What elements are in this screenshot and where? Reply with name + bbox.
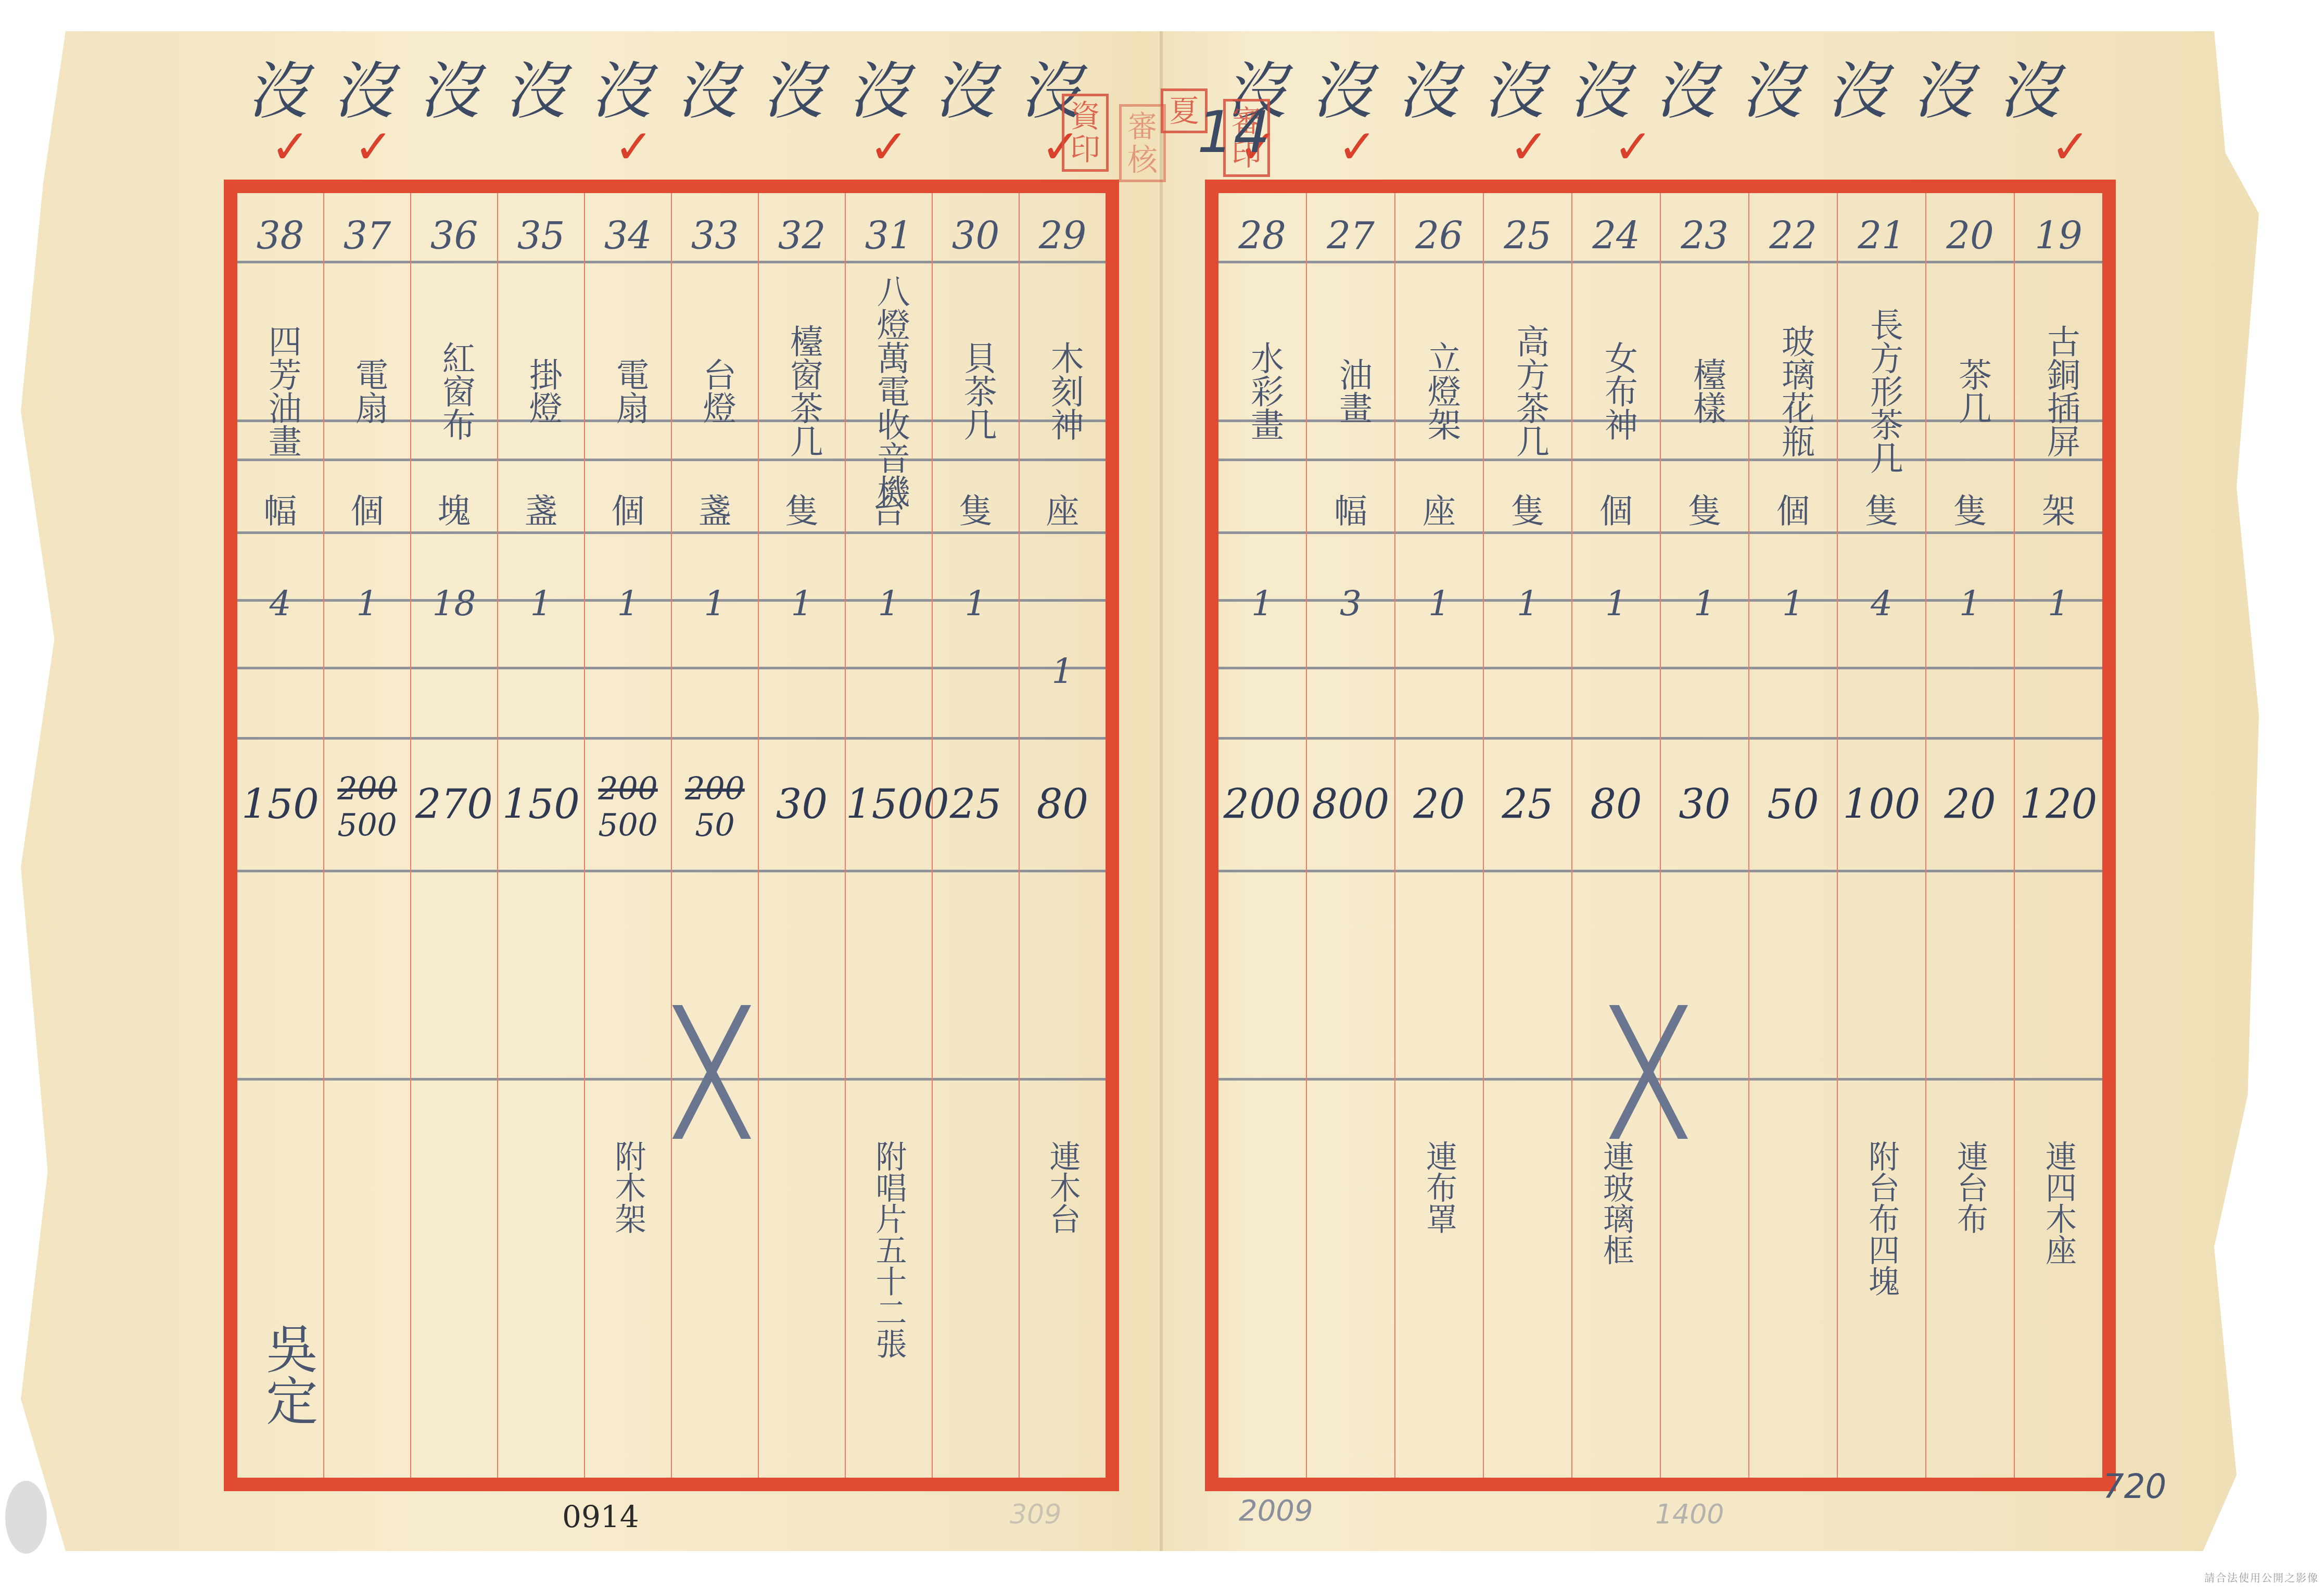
item-quantity: 1 — [933, 583, 1019, 624]
item-unit: 座 — [1395, 485, 1483, 532]
item-price: 20 — [1395, 781, 1483, 828]
item-quantity: 4 — [1838, 583, 1925, 624]
item-quantity: 4 — [237, 583, 323, 624]
item-number: 37 — [324, 214, 410, 258]
item-quantity: 1 — [672, 583, 758, 624]
item-name: 茶几 — [1948, 271, 1992, 511]
check-mark-icon: ✓ — [354, 120, 393, 174]
item-quantity: 1 — [1749, 583, 1837, 624]
item-price: 800 — [1307, 781, 1394, 828]
annotation: 沒 — [1728, 42, 1814, 131]
item-number: 34 — [585, 214, 671, 258]
item-name: 掛燈 — [519, 271, 563, 511]
ledger-column: 24 女布神 個 1 80 連玻璃框 — [1572, 193, 1661, 1478]
cross-mark-icon: ╳ — [1614, 1005, 1683, 1138]
item-remark: 附唱片五十二張 — [869, 1140, 909, 1359]
item-price: 50 — [1749, 781, 1837, 828]
item-name: 長方形茶几 — [1860, 271, 1903, 511]
item-remark: 連台布 — [1950, 1140, 1990, 1234]
item-quantity: 1 — [585, 583, 671, 624]
item-number: 23 — [1661, 214, 1748, 258]
item-unit: 架 — [2015, 485, 2102, 532]
check-mark-icon: ✓ — [1614, 120, 1653, 174]
ledger-column: 30 貝茶几 隻 1 25 — [933, 193, 1020, 1478]
annotation: 沒 — [492, 42, 578, 131]
annotation: 沒 — [234, 42, 320, 131]
ledger-column: 36 紅窗布 塊 18 270 — [411, 193, 498, 1478]
item-unit: 盞 — [498, 485, 584, 532]
item-name: 電扇 — [346, 271, 389, 511]
item-name: 玻璃花瓶 — [1771, 271, 1815, 511]
ledger-column: 35 掛燈 盞 1 150 — [498, 193, 585, 1478]
annotation: 沒 — [578, 42, 664, 131]
item-unit: 幅 — [237, 485, 323, 532]
item-price: 200 500 — [324, 771, 410, 844]
item-name: 檯樣 — [1683, 271, 1726, 511]
annotation: 沒 — [1385, 42, 1470, 131]
item-name: 貝茶几 — [954, 271, 997, 511]
check-mark-icon: ✓ — [614, 120, 653, 174]
check-mark-icon: ✓ — [869, 120, 908, 174]
item-unit: 隻 — [759, 485, 845, 532]
item-number: 31 — [846, 214, 932, 258]
item-quantity: 1 — [1484, 583, 1571, 624]
annotation: 沒 — [835, 42, 921, 131]
item-name: 水彩畫 — [1240, 271, 1284, 511]
item-quantity: 1 — [846, 583, 932, 624]
item-name: 立燈架 — [1417, 271, 1461, 511]
right-ledger-page: 28 水彩畫 1 200 27 油畫 幅 3 800 26 立燈架 座 1 20… — [1205, 180, 2116, 1491]
item-number: 25 — [1484, 214, 1571, 258]
item-remark: 附台布四塊 — [1861, 1140, 1902, 1297]
ledger-column: 22 玻璃花瓶 個 1 50 — [1749, 193, 1838, 1478]
item-price: 200 500 — [585, 771, 671, 844]
item-name: 檯窗茶几 — [780, 271, 823, 511]
item-price: 30 — [1661, 781, 1748, 828]
item-remark: 連玻璃框 — [1596, 1140, 1636, 1265]
signature: 吳定 — [250, 1322, 325, 1426]
usage-watermark: 請合法使用公開之影像 — [2204, 1570, 2319, 1585]
annotation: 沒 — [1900, 42, 1986, 131]
item-quantity: 1 — [1926, 583, 2014, 624]
item-number: 24 — [1572, 214, 1660, 258]
item-quantity: 1 — [1572, 583, 1660, 624]
ledger-column: 26 立燈架 座 1 20 連布罩 — [1395, 193, 1484, 1478]
item-number: 30 — [933, 214, 1019, 258]
item-quantity: 3 — [1307, 583, 1394, 624]
item-name: 電扇 — [606, 271, 650, 511]
item-price: 120 — [2015, 781, 2102, 828]
page-serial-number: 0914 — [562, 1499, 639, 1534]
item-unit: 幅 — [1307, 485, 1394, 532]
annotation: 沒 — [1986, 42, 2072, 131]
center-note: 14 — [1197, 99, 1270, 166]
item-remark: 連布罩 — [1419, 1140, 1459, 1234]
item-name: 台燈 — [693, 271, 736, 511]
item-unit: 座 — [1020, 485, 1106, 532]
item-quantity: 18 — [411, 583, 497, 624]
item-number: 19 — [2015, 214, 2102, 258]
ledger-column: 32 檯窗茶几 隻 1 30 — [759, 193, 846, 1478]
item-number: 32 — [759, 214, 845, 258]
item-unit: 隻 — [1484, 485, 1571, 532]
item-name: 油畫 — [1329, 271, 1373, 511]
item-name: 八燈萬電收音機 — [867, 271, 910, 511]
annotation: 沒 — [921, 42, 1007, 131]
item-unit: 個 — [324, 485, 410, 532]
left-ledger-page: 38 四芳油畫 4 幅 150 37 電扇 個 1 200 500 36 紅窗布… — [224, 180, 1119, 1491]
price-corrected: 500 — [585, 807, 671, 844]
item-price: 150 — [498, 781, 584, 828]
cross-mark-icon: ╳ — [677, 1005, 746, 1138]
ledger-column: 29 木刻神 座 1 80 連木台 — [1020, 193, 1106, 1478]
seal-stamp: 資印 — [1062, 94, 1109, 172]
item-quantity: 1 — [324, 583, 410, 624]
item-number: 36 — [411, 214, 497, 258]
annotation: 沒 — [1814, 42, 1900, 131]
item-unit: 個 — [1749, 485, 1837, 532]
item-name: 木刻神 — [1041, 271, 1084, 511]
ledger-column: 20 茶几 隻 1 20 連台布 — [1926, 193, 2015, 1478]
item-unit: 個 — [585, 485, 671, 532]
faint-pencil-note: 2009 — [1239, 1494, 1313, 1528]
annotation: 沒 — [1470, 42, 1556, 131]
item-price: 80 — [1572, 781, 1660, 828]
item-unit: 盞 — [672, 485, 758, 532]
ledger-column: 38 四芳油畫 4 幅 150 — [237, 193, 324, 1478]
price-struck-out: 200 — [324, 771, 410, 807]
price-struck-out: 200 — [585, 771, 671, 807]
check-mark-icon: ✓ — [2051, 120, 2090, 174]
item-number: 21 — [1838, 214, 1925, 258]
archive-logo-icon — [5, 1481, 47, 1554]
item-number: 22 — [1749, 214, 1837, 258]
item-number: 28 — [1218, 214, 1306, 258]
item-remark: 連四木座 — [2038, 1140, 2079, 1265]
item-name: 古銅插屏 — [2037, 271, 2080, 511]
check-mark-icon: ✓ — [271, 120, 310, 174]
check-mark-icon: ✓ — [1509, 120, 1548, 174]
item-name: 女布神 — [1594, 271, 1638, 511]
item-price: 200 50 — [672, 771, 758, 844]
item-number: 38 — [237, 214, 323, 258]
faint-pencil-note: 1400 — [1655, 1499, 1724, 1530]
price-corrected: 50 — [672, 807, 758, 844]
check-mark-icon: ✓ — [1338, 120, 1377, 174]
item-unit: 隻 — [1926, 485, 2014, 532]
item-price: 1500 — [846, 781, 932, 828]
annotation: 沒 — [664, 42, 750, 131]
item-quantity: 1 — [1661, 583, 1748, 624]
ledger-column: 25 高方茶几 隻 1 25 — [1484, 193, 1572, 1478]
annotation: 沒 — [750, 42, 835, 131]
item-unit: 塊 — [411, 485, 497, 532]
price-corrected: 500 — [324, 807, 410, 844]
item-unit: 隻 — [933, 485, 1019, 532]
item-remark: 連木台 — [1043, 1140, 1083, 1234]
item-price: 100 — [1838, 781, 1925, 828]
annotation: 沒 — [1642, 42, 1728, 131]
item-name: 紅窗布 — [433, 271, 476, 511]
annotation: 沒 — [320, 42, 406, 131]
ledger-column: 27 油畫 幅 3 800 — [1307, 193, 1395, 1478]
item-price: 270 — [411, 781, 497, 828]
item-number: 26 — [1395, 214, 1483, 258]
corner-pencil-note: 720 — [2103, 1468, 2166, 1506]
price-struck-out: 200 — [672, 771, 758, 807]
ledger-column: 33 台燈 盞 1 200 50 ╳ — [672, 193, 759, 1478]
annotation: 沒 — [1299, 42, 1385, 131]
ledger-column: 28 水彩畫 1 200 — [1218, 193, 1307, 1478]
page-fold — [1160, 31, 1163, 1551]
annotation: 沒 — [1556, 42, 1642, 131]
faint-pencil-note: 309 — [1010, 1499, 1061, 1530]
ledger-column: 37 電扇 個 1 200 500 — [324, 193, 411, 1478]
item-quantity: 1 — [498, 583, 584, 624]
item-quantity: 1 — [1395, 583, 1483, 624]
item-number: 35 — [498, 214, 584, 258]
seal-stamp: 審核 — [1119, 104, 1166, 182]
item-price: 200 — [1218, 781, 1306, 828]
item-quantity: 1 — [1020, 651, 1106, 691]
item-price: 30 — [759, 781, 845, 828]
item-quantity: 1 — [1218, 583, 1306, 624]
top-annotations-right: 沒 沒 沒 沒 沒 沒 沒 沒 沒 沒 — [1213, 42, 2072, 131]
item-unit: 台 — [846, 485, 932, 532]
item-quantity: 1 — [759, 583, 845, 624]
ledger-column: 21 長方形茶几 隻 4 100 附台布四塊 — [1838, 193, 1926, 1478]
item-number: 27 — [1307, 214, 1394, 258]
item-number: 20 — [1926, 214, 2014, 258]
ledger-column: 19 古銅插屏 架 1 120 連四木座 — [2015, 193, 2102, 1478]
annotation: 沒 — [406, 42, 492, 131]
item-unit: 個 — [1572, 485, 1660, 532]
item-name: 高方茶几 — [1506, 271, 1550, 511]
item-unit: 隻 — [1838, 485, 1925, 532]
item-name: 四芳油畫 — [259, 271, 302, 511]
item-remark: 附木架 — [608, 1140, 649, 1234]
item-price: 25 — [933, 781, 1019, 828]
item-quantity: 1 — [2015, 583, 2102, 624]
ledger-column: 34 電扇 個 1 200 500 附木架 — [585, 193, 672, 1478]
item-number: 29 — [1020, 214, 1106, 258]
item-number: 33 — [672, 214, 758, 258]
item-unit: 隻 — [1661, 485, 1748, 532]
ledger-column: 23 檯樣 隻 1 30 ╳ — [1661, 193, 1749, 1478]
top-annotations-left: 沒 沒 沒 沒 沒 沒 沒 沒 沒 沒 — [234, 42, 1093, 131]
item-price: 20 — [1926, 781, 2014, 828]
item-price: 150 — [237, 781, 323, 828]
item-price: 80 — [1020, 781, 1106, 828]
ledger-column: 31 八燈萬電收音機 台 1 1500 附唱片五十二張 — [846, 193, 933, 1478]
item-price: 25 — [1484, 781, 1571, 828]
